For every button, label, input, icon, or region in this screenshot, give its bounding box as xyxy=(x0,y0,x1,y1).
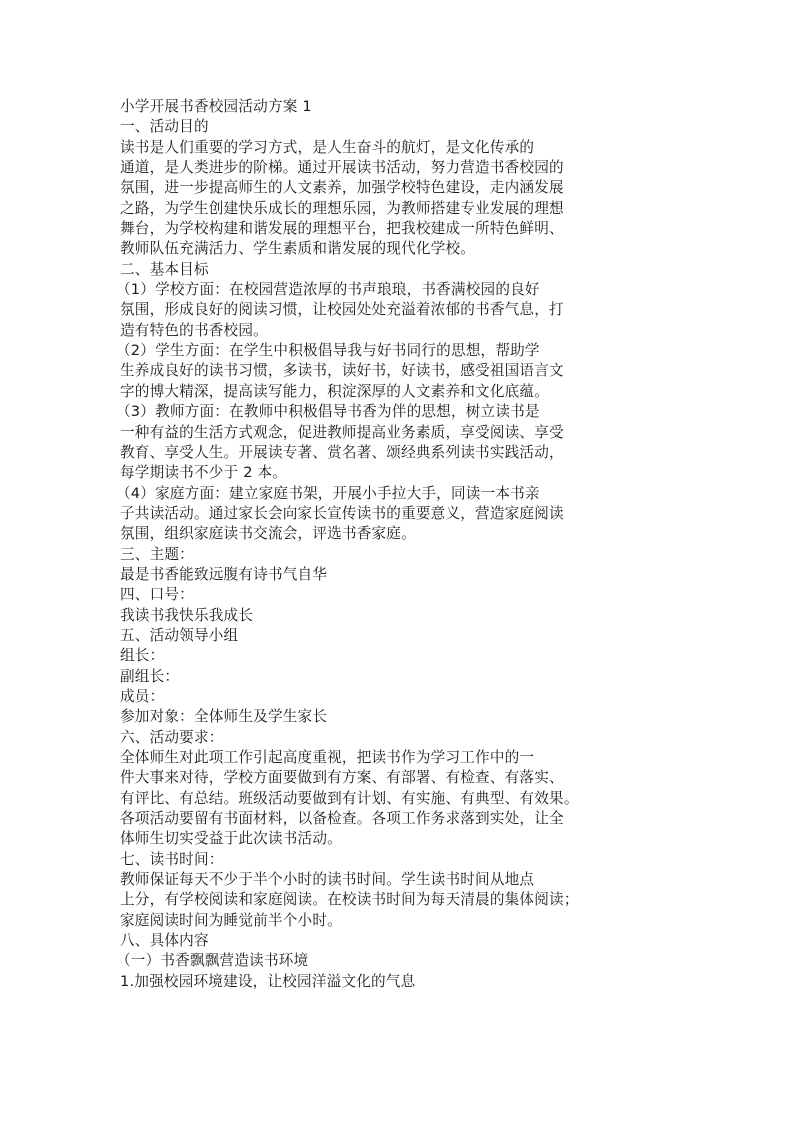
paragraph-line: 教师队伍充满活力、学生素质和谐发展的现代化学校。 xyxy=(120,239,640,259)
goal-teacher-line: （3）教师方面：在教师中积极倡导书香为伴的思想，树立读书是 xyxy=(116,402,640,422)
document-title: 小学开展书香校园活动方案 1 xyxy=(120,97,640,117)
members-label: 成员： xyxy=(120,687,640,707)
leader-label: 组长： xyxy=(120,646,640,666)
paragraph-line: 子共读活动。通过家长会向家长宣传读书的重要意义，营造家庭阅读 xyxy=(120,504,640,524)
document-page: 小学开展书香校园活动方案 1 一、活动目的 读书是人们重要的学习方式，是人生奋斗… xyxy=(120,97,640,992)
paragraph-line: 氛围，形成良好的阅读习惯，让校园处处充溢着浓郁的书香气息，打 xyxy=(120,300,640,320)
subsection-heading-environment: （一）书香飘飘营造读书环境 xyxy=(116,951,640,971)
paragraph-line: 上分，有学校阅读和家庭阅读。在校读书时间为每天清晨的集体阅读； xyxy=(120,890,640,910)
paragraph-line: 读书是人们重要的学习方式，是人生奋斗的航灯，是文化传承的 xyxy=(120,138,640,158)
paragraph-line: 氛围，组织家庭读书交流会，评选书香家庭。 xyxy=(120,524,640,544)
paragraph-line: 家庭阅读时间为睡觉前半个小时。 xyxy=(120,911,640,931)
section-heading-goals: 二、基本目标 xyxy=(120,260,640,280)
section-heading-purpose: 一、活动目的 xyxy=(120,117,640,137)
participants-text: 参加对象：全体师生及学生家长 xyxy=(120,707,640,727)
deputy-leader-label: 副组长： xyxy=(120,667,640,687)
paragraph-line: 通道，是人类进步的阶梯。通过开展读书活动，努力营造书香校园的 xyxy=(120,158,640,178)
goal-school-line: （1）学校方面：在校园营造浓厚的书声琅琅，书香满校园的良好 xyxy=(116,280,640,300)
section-heading-requirements: 六、活动要求： xyxy=(120,728,640,748)
paragraph-line: 之路，为学生创建快乐成长的理想乐园，为教师搭建专业发展的理想 xyxy=(120,199,640,219)
section-heading-theme: 三、主题： xyxy=(120,545,640,565)
paragraph-line: 舞台，为学校构建和谐发展的理想平台，把我校建成一所特色鲜明、 xyxy=(120,219,640,239)
section-heading-slogan: 四、口号： xyxy=(120,585,640,605)
paragraph-line: 一种有益的生活方式观念，促进教师提高业务素质，享受阅读、享受 xyxy=(120,423,640,443)
list-item: 1.加强校园环境建设，让校园洋溢文化的气息 xyxy=(120,972,640,992)
theme-text: 最是书香能致远腹有诗书气自华 xyxy=(120,565,640,585)
section-heading-reading-time: 七、读书时间： xyxy=(120,850,640,870)
paragraph-line: 件大事来对待，学校方面要做到有方案、有部署、有检查、有落实、 xyxy=(120,768,640,788)
slogan-text: 我读书我快乐我成长 xyxy=(120,606,640,626)
paragraph-line: 体师生切实受益于此次读书活动。 xyxy=(120,829,640,849)
paragraph-line: 氛围，进一步提高师生的人文素养，加强学校特色建设，走内涵发展 xyxy=(120,178,640,198)
paragraph-line: 生养成良好的读书习惯，多读书，读好书，好读书，感受祖国语言文 xyxy=(120,361,640,381)
goal-family-line: （4）家庭方面：建立家庭书架，开展小手拉大手，同读一本书亲 xyxy=(116,484,640,504)
paragraph-line: 字的博大精深，提高读写能力，积淀深厚的人文素养和文化底蕴。 xyxy=(120,382,640,402)
paragraph-line: 各项活动要留有书面材料，以备检查。各项工作务求落到实处，让全 xyxy=(120,809,640,829)
section-heading-leadership: 五、活动领导小组 xyxy=(120,626,640,646)
goal-student-line: （2）学生方面：在学生中积极倡导我与好书同行的思想，帮助学 xyxy=(116,341,640,361)
paragraph-line: 造有特色的书香校园。 xyxy=(120,321,640,341)
paragraph-line: 教育、享受人生。开展读专著、赏名著、颂经典系列读书实践活动， xyxy=(120,443,640,463)
paragraph-line: 教师保证每天不少于半个小时的读书时间。学生读书时间从地点 xyxy=(120,870,640,890)
paragraph-line: 全体师生对此项工作引起高度重视，把读书作为学习工作中的一 xyxy=(120,748,640,768)
section-heading-content: 八、具体内容 xyxy=(120,931,640,951)
paragraph-line: 有评比、有总结。班级活动要做到有计划、有实施、有典型、有效果。 xyxy=(120,789,640,809)
paragraph-line: 每学期读书不少于 2 本。 xyxy=(120,463,640,483)
